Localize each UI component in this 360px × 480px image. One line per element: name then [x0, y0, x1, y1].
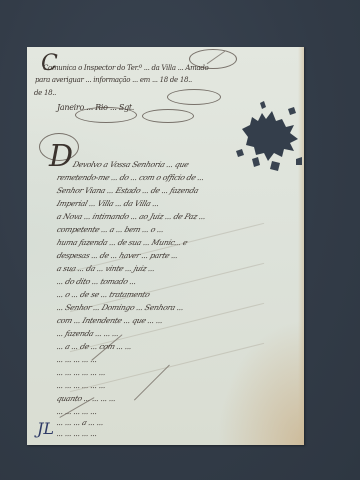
header-line-3: de 18.. [34, 89, 56, 97]
body-line: remetendo-me ... do ... com o officio de… [56, 173, 206, 182]
opening-initial: D [49, 139, 73, 174]
body-line: com ... Intendente ... que ... ... [56, 316, 165, 325]
manuscript-page: C Comunica o Inspector do Ter.º ... da V… [27, 47, 304, 445]
body-line: ... fazenda ... ... ... [56, 329, 121, 338]
body-line: Imperial ... Villa ... da Villa ... [56, 199, 161, 208]
header-line-2: para averiguar ... informação ... em ...… [35, 76, 297, 84]
paper-damage-hole [232, 99, 304, 175]
body-line: Senhor Viana ... Estado ... de ... fazen… [56, 186, 200, 195]
body-line: ... do dito ... tomado ... [56, 277, 138, 286]
body-line: ... ... ... ... ... ... [56, 368, 108, 377]
body-line: ... a ... de ... com ... ... [56, 342, 134, 351]
footer-initials: JL [37, 419, 54, 438]
body-line: competente ... a ... bem ... o ... [56, 225, 166, 234]
body-line: ... ... ... ... ... [56, 429, 99, 438]
signature-flourish [167, 89, 221, 105]
signature-flourish [142, 109, 194, 123]
header-line-1: Comunica o Inspector do Ter.º ... da Vil… [43, 64, 301, 72]
body-line: a Nova ... intimando ... ao Juiz ... de … [56, 212, 207, 221]
body-line: Devolvo a Vossa Senhoria ... que [72, 160, 190, 169]
body-line: ... ... ... a ... ... [56, 418, 105, 427]
signature-flourish [75, 107, 137, 123]
